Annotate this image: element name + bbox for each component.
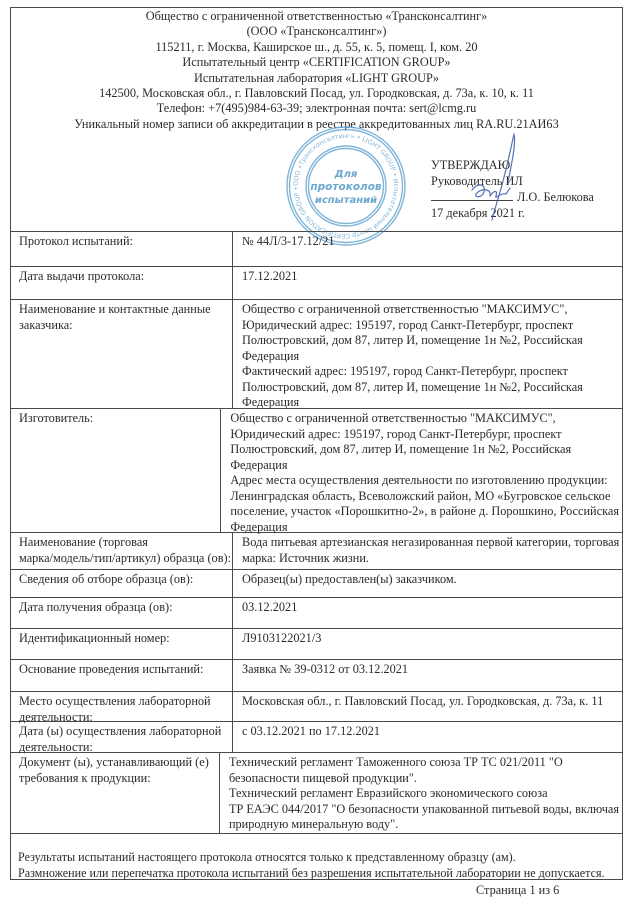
label-line: Дата получения образца (ов):: [19, 600, 228, 616]
row-value: с 03.12.2021 по 17.12.2021: [233, 722, 623, 752]
row-value: Образец(ы) предоставлен(ы) заказчиком.: [233, 570, 623, 597]
row-value: Заявка № 39-0312 от 03.12.2021: [233, 660, 623, 691]
value-line: Технический регламент Евразийского эконо…: [229, 786, 619, 802]
row-value: Общество с ограниченной ответственностью…: [221, 409, 623, 532]
row-value: Московская обл., г. Павловский Посад, ул…: [233, 692, 623, 721]
row-label: Идентификационный номер:: [10, 629, 233, 659]
header-line-laboratory: Испытательная лаборатория «LIGHT GROUP»: [10, 71, 623, 86]
row-label: Дата выдачи протокола:: [10, 267, 233, 299]
value-line: Полюстровский, дом 87, литер И, помещени…: [242, 333, 619, 349]
approval-position: Руководитель ИЛ: [431, 174, 594, 190]
value-line: 03.12.2021: [242, 600, 619, 616]
label-line: марка/модель/тип/артикул) образца (ов):: [19, 551, 228, 567]
table-row-requirements-documents: Документ (ы), устанавливающий (е) требов…: [10, 753, 623, 834]
row-label: Документ (ы), устанавливающий (е) требов…: [10, 753, 220, 833]
label-line: заказчика:: [19, 318, 228, 334]
value-line: Полюстровский, дом 87, литер И, помещени…: [242, 380, 619, 396]
results-disclaimer: Результаты испытаний настоящего протокол…: [10, 834, 623, 880]
label-line: Место осуществления лабораторной: [19, 694, 228, 710]
value-line: Федерация: [242, 349, 619, 365]
value-line: № 44Л/3-17.12/21: [242, 234, 619, 250]
row-value: Л9103122021/3: [233, 629, 623, 659]
disclaimer-line-1: Результаты испытаний настоящего протокол…: [18, 850, 623, 866]
approval-title: УТВЕРЖДАЮ: [431, 158, 594, 174]
label-line: Дата (ы) осуществления лабораторной: [19, 724, 228, 740]
table-row-identification-number: Идентификационный номер: Л9103122021/3: [10, 629, 623, 660]
table-row-lab-location: Место осуществления лабораторной деятель…: [10, 692, 623, 722]
value-line: Л9103122021/3: [242, 631, 619, 647]
value-line: Федерация: [230, 458, 619, 474]
header-line-org-address: 115211, г. Москва, Каширское ш., д. 55, …: [10, 40, 623, 55]
row-value: Общество с ограниченной ответственностью…: [233, 300, 623, 408]
row-label: Сведения об отборе образца (ов):: [10, 570, 233, 597]
label-line: Идентификационный номер:: [19, 631, 228, 647]
row-label: Наименование (торговая марка/модель/тип/…: [10, 533, 233, 569]
value-line: Полюстровский, дом 87, литер И, помещени…: [230, 442, 619, 458]
table-row-customer: Наименование и контактные данные заказчи…: [10, 300, 623, 409]
value-line: 17.12.2021: [242, 269, 619, 285]
value-line: Ленинградская область, Всеволожский райо…: [230, 489, 619, 505]
label-line: Протокол испытаний:: [19, 234, 228, 250]
table-row-manufacturer: Изготовитель: Общество с ограниченной от…: [10, 409, 623, 533]
value-line: с 03.12.2021 по 17.12.2021: [242, 724, 619, 740]
approval-date: 17 декабря 2021 г.: [431, 206, 594, 222]
value-line: Общество с ограниченной ответственностью…: [230, 411, 619, 427]
label-line: Основание проведения испытаний:: [19, 662, 228, 678]
value-line: марка: Источник жизни.: [242, 551, 619, 567]
header-line-accreditation: Уникальный номер записи об аккредитации …: [10, 117, 623, 132]
label-line: Наименование (торговая: [19, 535, 228, 551]
table-row-protocol-number: Протокол испытаний: № 44Л/3-17.12/21: [10, 232, 623, 267]
table-row-receipt-date: Дата получения образца (ов): 03.12.2021: [10, 598, 623, 629]
label-line: Документ (ы), устанавливающий (е): [19, 755, 215, 771]
value-line: Адрес места осуществления деятельности п…: [230, 473, 619, 489]
value-line: Юридический адрес: 195197, город Санкт-П…: [242, 318, 619, 334]
row-label: Изготовитель:: [10, 409, 221, 532]
row-label: Дата получения образца (ов):: [10, 598, 233, 628]
approval-signature-row: Л.О. Белюкова: [431, 189, 594, 206]
table-row-issue-date: Дата выдачи протокола: 17.12.2021: [10, 267, 623, 300]
approval-block: УТВЕРЖДАЮ Руководитель ИЛ Л.О. Белюкова …: [431, 158, 594, 221]
header-line-lab-address: 142500, Московская обл., г. Павловский П…: [10, 86, 623, 101]
value-line: безопасности пищевой продукции".: [229, 771, 619, 787]
organization-header: Общество с ограниченной ответственностью…: [10, 9, 623, 132]
header-line-org-name: Общество с ограниченной ответственностью…: [10, 9, 623, 24]
value-line: природную минеральную воду".: [229, 817, 619, 833]
value-line: Технический регламент Таможенного союза …: [229, 755, 619, 771]
value-line: поселение, участок «Порошкитно-2», в рай…: [230, 504, 619, 520]
table-row-sample-name: Наименование (торговая марка/модель/тип/…: [10, 533, 623, 570]
label-line: Дата выдачи протокола:: [19, 269, 228, 285]
row-value: 17.12.2021: [233, 267, 623, 299]
row-label: Наименование и контактные данные заказчи…: [10, 300, 233, 408]
value-line: ТР ЕАЭС 044/2017 "О безопасности упакова…: [229, 802, 619, 818]
header-line-org-short: (ООО «Трансконсалтинг»): [10, 24, 623, 39]
row-value: Технический регламент Таможенного союза …: [220, 753, 623, 833]
label-line: Наименование и контактные данные: [19, 302, 228, 318]
header-line-contacts: Телефон: +7(495)984-63-39; электронная п…: [10, 101, 623, 116]
table-row-lab-dates: Дата (ы) осуществления лабораторной деят…: [10, 722, 623, 753]
table-row-testing-basis: Основание проведения испытаний: Заявка №…: [10, 660, 623, 692]
row-label: Протокол испытаний:: [10, 232, 233, 266]
disclaimer-line-2: Размножение или перепечатка протокола ис…: [18, 866, 623, 882]
protocol-info-table: Протокол испытаний: № 44Л/3-17.12/21 Дат…: [10, 231, 623, 834]
value-line: Вода питьевая артезианская негазированна…: [242, 535, 619, 551]
page-number: Страница 1 из 6: [476, 883, 559, 898]
row-label: Место осуществления лабораторной деятель…: [10, 692, 233, 721]
row-value: 03.12.2021: [233, 598, 623, 628]
row-value: № 44Л/3-17.12/21: [233, 232, 623, 266]
value-line: Фактический адрес: 195197, город Санкт-П…: [242, 364, 619, 380]
table-row-sampling-info: Сведения об отборе образца (ов): Образец…: [10, 570, 623, 598]
value-line: Общество с ограниченной ответственностью…: [242, 302, 619, 318]
header-line-test-center: Испытательный центр «CERTIFICATION GROUP…: [10, 55, 623, 70]
label-line: требования к продукции:: [19, 771, 215, 787]
row-label: Основание проведения испытаний:: [10, 660, 233, 691]
value-line: Юридический адрес: 195197, город Санкт-П…: [230, 427, 619, 443]
signature-line: [431, 189, 513, 201]
approver-name: Л.О. Белюкова: [517, 190, 594, 204]
row-value: Вода питьевая артезианская негазированна…: [233, 533, 623, 569]
value-line: Московская обл., г. Павловский Посад, ул…: [242, 694, 619, 710]
label-line: Сведения об отборе образца (ов):: [19, 572, 228, 588]
row-label: Дата (ы) осуществления лабораторной деят…: [10, 722, 233, 752]
value-line: Заявка № 39-0312 от 03.12.2021: [242, 662, 619, 678]
value-line: Образец(ы) предоставлен(ы) заказчиком.: [242, 572, 619, 588]
label-line: Изготовитель:: [19, 411, 216, 427]
